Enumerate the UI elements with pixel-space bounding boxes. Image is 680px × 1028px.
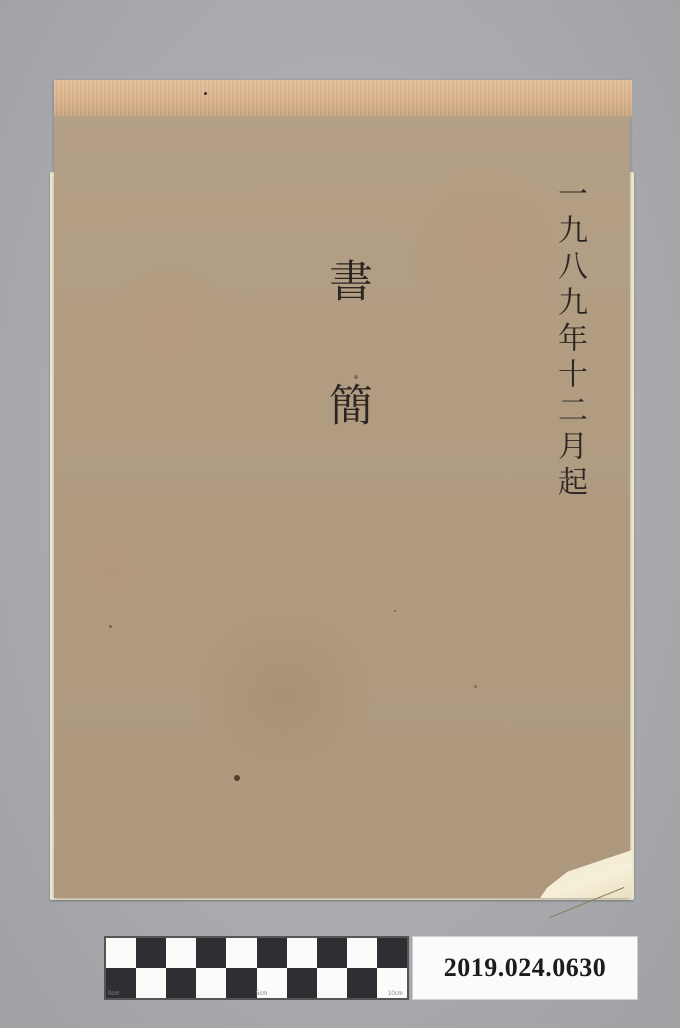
notebook: 書簡 一九八九年十二月起 [52, 80, 632, 900]
binding-speck [204, 92, 207, 95]
stain-spot [234, 775, 240, 781]
scale-square [317, 938, 347, 968]
scale-square [166, 938, 196, 968]
scale-square [347, 968, 377, 998]
scale-square [257, 938, 287, 968]
scale-square [226, 938, 256, 968]
scale-square [347, 938, 377, 968]
scale-square [196, 968, 226, 998]
color-scale-bar: 0cm5cm10cm [104, 936, 409, 1000]
scale-square [287, 938, 317, 968]
scale-square [136, 968, 166, 998]
scale-square [136, 938, 166, 968]
accession-number-label: 2019.024.0630 [412, 936, 638, 1000]
notebook-cover: 書簡 一九八九年十二月起 [54, 80, 630, 898]
scale-square [317, 968, 347, 998]
scale-square [226, 968, 256, 998]
cover-title: 書簡 [324, 258, 368, 506]
scale-label: 0cm [108, 991, 119, 997]
curled-corner [540, 850, 632, 898]
scale-label: 5cm [256, 991, 267, 997]
stain-spot [394, 610, 396, 612]
stain-spot [474, 685, 477, 688]
scale-square [196, 938, 226, 968]
scale-square [287, 968, 317, 998]
scale-square [106, 938, 136, 968]
stain-spot [109, 625, 112, 628]
binding-strip [54, 80, 632, 117]
cover-date-inscription: 一九八九年十二月起 [554, 178, 584, 502]
scale-square [166, 968, 196, 998]
scale-label: 10cm [388, 991, 403, 997]
scale-square [377, 938, 407, 968]
